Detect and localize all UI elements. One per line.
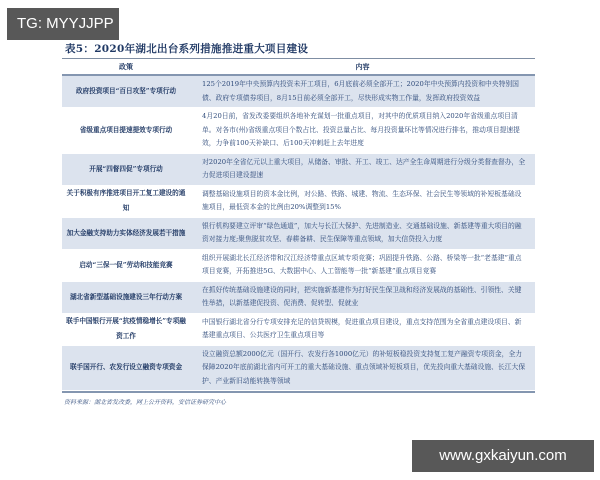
- table-row: 关于积极有序推进项目开工复工建设的通知 调整基础设施项目的资本金比例，对公路、铁…: [62, 186, 535, 218]
- table-row: 政府投资项目“百日攻坚”专项行动 125个2019年中央预算内投资未开工项目，6…: [62, 76, 535, 108]
- table-row: 启动“三保一促”劳动和技能竞赛 组织开展湖北长江经济带和汉江经济带重点区域专项竞…: [62, 250, 535, 282]
- table-bottom-divider: [62, 391, 535, 393]
- row-content: 在抓好传统基础设施建设的同时，把实施新基建作为打好民生保卫战和经济发展战的基础性…: [190, 282, 535, 313]
- table-title: 表5：2020年湖北出台系列措施推进重大项目建设: [62, 42, 535, 56]
- row-content: 组织开展湖北长江经济带和汉江经济带重点区域专项竞赛；巩固提升铁路、公路、桥梁等一…: [190, 250, 535, 281]
- watermark-bottom-right: www.gxkaiyun.com: [412, 440, 594, 472]
- row-content: 调整基础设施项目的资本金比例，对公路、铁路、城建、物流、生态环保、社会民生等领域…: [190, 186, 535, 217]
- source-note: 资料来源：湖北省发改委，网上公开资料，安信证券研究中心: [62, 397, 535, 406]
- table-row: 湖北省新型基础设施建设三年行动方案 在抓好传统基础设施建设的同时，把实施新基建作…: [62, 282, 535, 314]
- row-policy: 省级重点项目提速提效专项行动: [62, 123, 190, 138]
- table-row: 省级重点项目提速提效专项行动 4月20日前，省发改委要组织各地补充谋划一批重点项…: [62, 108, 535, 154]
- row-policy: 开展“四督四促”专项行动: [62, 162, 190, 177]
- header-policy: 政策: [62, 59, 190, 74]
- header-content: 内容: [190, 59, 535, 74]
- table-row: 开展“四督四促”专项行动 对2020年全省亿元以上重大项目，从储备、审批、开工、…: [62, 154, 535, 186]
- table-header: 政策 内容: [62, 59, 535, 76]
- row-content: 4月20日前，省发改委要组织各地补充谋划一批重点项目，对其中的优质项目纳入202…: [190, 108, 535, 153]
- row-policy: 联手国开行、农发行设立融资专项资金: [62, 360, 190, 375]
- document-table-block: 表5：2020年湖北出台系列措施推进重大项目建设 政策 内容 政府投资项目“百日…: [62, 42, 535, 406]
- row-policy: 政府投资项目“百日攻坚”专项行动: [62, 84, 190, 99]
- table-row: 联手中国银行开展“抗疫情稳增长”专项融资工作 中国银行湖北省分行专项安排充足的信…: [62, 314, 535, 346]
- row-policy: 关于积极有序推进项目开工复工建设的通知: [62, 186, 190, 216]
- row-policy: 启动“三保一促”劳动和技能竞赛: [62, 258, 190, 273]
- row-content: 对2020年全省亿元以上重大项目，从储备、审批、开工、竣工、达产全生命周期进行分…: [190, 154, 535, 185]
- row-content: 设立融资总额2000亿元（国开行、农发行各1000亿元）的补短板稳投资支持复工复…: [190, 346, 535, 391]
- table-row: 加大金融支持助力实体经济发展若干措施 银行机构要建立评审“绿色通道”，加大与长江…: [62, 218, 535, 250]
- row-content: 中国银行湖北省分行专项安排充足的信贷规模，促进重点项目建设，重点支持范围为全省重…: [190, 314, 535, 345]
- row-policy: 加大金融支持助力实体经济发展若干措施: [62, 226, 190, 241]
- watermark-top-left: TG: MYYJJPP: [7, 8, 119, 40]
- row-policy: 联手中国银行开展“抗疫情稳增长”专项融资工作: [62, 314, 190, 344]
- row-policy: 湖北省新型基础设施建设三年行动方案: [62, 290, 190, 305]
- row-content: 125个2019年中央预算内投资未开工项目，6月底前必须全部开工；2020年中央…: [190, 76, 535, 107]
- table-row: 联手国开行、农发行设立融资专项资金 设立融资总额2000亿元（国开行、农发行各1…: [62, 346, 535, 392]
- row-content: 银行机构要建立评审“绿色通道”，加大与长江大保护、先进制造业、交通基础设施、新基…: [190, 218, 535, 249]
